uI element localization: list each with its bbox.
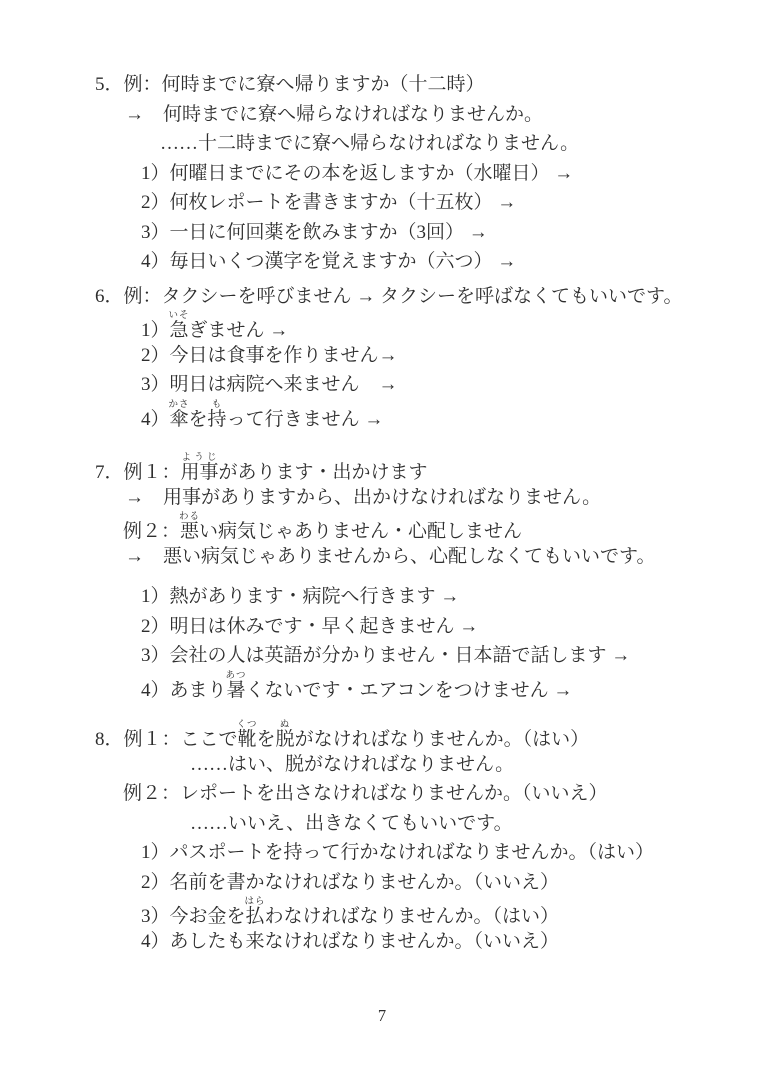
furigana-annotated-word: 払はら	[246, 906, 265, 927]
text-segment: 4）あまり	[141, 680, 227, 701]
text-line-item: 4）傘かさを持もって行きません →	[141, 400, 682, 430]
text-line-item: 3）今お金を払はらわなければなりませんか。（はい）	[141, 897, 682, 927]
text-segment: 3）一日に何回薬を飲みますか（3回） →	[141, 222, 488, 243]
text-segment: 1）	[141, 320, 170, 341]
furigana-annotated-word: 用事ようじ	[181, 462, 219, 483]
text-segment: 8．例１：ここで	[95, 729, 238, 750]
text-segment: → 何時までに寮へ帰らなければなりませんか。	[125, 104, 543, 125]
document-page: 5．例：何時までに寮へ帰りますか（十二時）→ 何時までに寮へ帰らなければなりませ…	[0, 0, 764, 1080]
text-segment: → 用事がありますから、出かけなければなりません。	[125, 487, 601, 508]
text-line-header: 7．例１：用事ようじがあります・出かけます	[95, 453, 682, 483]
text-segment: 2）何枚レポートを書きますか（十五枚） →	[141, 192, 516, 213]
furigana-annotated-word: 傘かさ	[170, 409, 189, 430]
text-line-answer5: ……十二時までに寮へ帰らなければなりません。	[160, 129, 682, 159]
text-segment: 4）毎日いくつ漢字を覚えますか（六つ） →	[141, 251, 516, 272]
text-segment: 2）名前を書かなければなりませんか。（いいえ）	[141, 872, 559, 893]
text-segment: 4）	[141, 409, 170, 430]
furigana-annotated-word: 靴くつ	[238, 729, 257, 750]
text-line-header: 5．例：何時までに寮へ帰りますか（十二時）	[95, 70, 682, 100]
text-segment: があります・出かけます	[219, 462, 428, 483]
text-line-item: 1）熱があります・病院へ行きます →	[141, 582, 682, 612]
furigana-annotated-word: 脱ぬ	[276, 729, 295, 750]
text-segment: 5．例：何時までに寮へ帰りますか（十二時）	[95, 74, 485, 95]
text-segment: ぎません →	[189, 320, 289, 341]
text-line-arrow: → 悪い病気じゃありませんから、心配しなくてもいいです。	[125, 542, 682, 572]
text-segment: を	[189, 409, 208, 430]
text-segment: 例２：	[123, 521, 180, 542]
text-segment: 7．例１：	[95, 462, 181, 483]
text-line-example: 例２：悪わるい病気じゃありません・心配しません	[123, 512, 682, 542]
text-segment: 2）今日は食事を作りません→	[141, 345, 398, 366]
page-number: 7	[0, 1006, 764, 1026]
text-segment: わなければなりませんか。（はい）	[265, 906, 560, 927]
text-segment: 1）パスポートを持って行かなければなりませんか。（はい）	[141, 842, 654, 863]
text-segment: い病気じゃありません・心配しません	[199, 521, 522, 542]
exercise-section-6: 6．例：タクシーを呼びません → タクシーを呼ばなくてもいいです。1）急いそぎま…	[95, 282, 682, 430]
furigana-annotated-word: 悪わる	[180, 521, 199, 542]
text-segment: → 悪い病気じゃありませんから、心配しなくてもいいです。	[125, 546, 655, 567]
text-segment: を	[257, 729, 276, 750]
text-line-item: 3）一日に何回薬を飲みますか（3回） →	[141, 218, 682, 248]
text-segment: ……はい、脱がなければなりません。	[190, 754, 514, 775]
text-segment: 3）今お金を	[141, 906, 246, 927]
exercise-section-5: 5．例：何時までに寮へ帰りますか（十二時）→ 何時までに寮へ帰らなければなりませ…	[95, 70, 682, 277]
text-segment: 4）あしたも来なければなりませんか。（いいえ）	[141, 931, 559, 952]
text-line-item: 1）パスポートを持って行かなければなりませんか。（はい）	[141, 838, 682, 868]
text-segment: がなければなりませんか。（はい）	[295, 729, 590, 750]
furigana-annotated-word: 持も	[208, 409, 227, 430]
text-segment: 6．例：タクシーを呼びません → タクシーを呼ばなくてもいいです。	[95, 286, 682, 307]
text-line-item: 3）明日は病院へ来ません →	[141, 370, 682, 400]
text-line-item: 1）何曜日までにその本を返しますか（水曜日） →	[141, 159, 682, 189]
exercise-section-8: 8．例１：ここで靴くつを脱ぬがなければなりませんか。（はい）……はい、脱がなけれ…	[95, 720, 682, 956]
exercise-section-7: 7．例１：用事ようじがあります・出かけます→ 用事がありますから、出かけなければ…	[95, 453, 682, 700]
text-line-item: 3）会社の人は英語が分かりません・日本語で話します →	[141, 641, 682, 671]
text-segment: ……いいえ、出きなくてもいいです。	[190, 813, 513, 834]
text-segment: 1）熱があります・病院へ行きます →	[141, 586, 459, 607]
furigana-annotated-word: 急いそ	[170, 320, 189, 341]
text-line-item: 2）今日は食事を作りません→	[141, 341, 682, 371]
text-segment: って行きません →	[227, 409, 384, 430]
text-segment: 3）明日は病院へ来ません →	[141, 374, 398, 395]
text-line-example: 例２：レポートを出さなければなりませんか。（いいえ）	[123, 779, 682, 809]
text-line-item: 1）急いそぎません →	[141, 311, 682, 341]
text-line-header: 6．例：タクシーを呼びません → タクシーを呼ばなくてもいいです。	[95, 282, 682, 312]
text-line-answer8: ……いいえ、出きなくてもいいです。	[190, 809, 682, 839]
text-line-item: 2）名前を書かなければなりませんか。（いいえ）	[141, 868, 682, 898]
text-segment: ……十二時までに寮へ帰らなければなりません。	[160, 133, 579, 154]
text-segment: くないです・エアコンをつけません →	[246, 680, 573, 701]
text-line-item: 4）あしたも来なければなりませんか。（いいえ）	[141, 927, 682, 957]
text-segment: 2）明日は休みです・早く起きません →	[141, 616, 478, 637]
text-segment: 例２：レポートを出さなければなりませんか。（いいえ）	[123, 783, 608, 804]
text-line-item: 4）あまり暑あつくないです・エアコンをつけません →	[141, 671, 682, 701]
text-line-answer8: ……はい、脱がなければなりません。	[190, 750, 682, 780]
text-line-item: 4）毎日いくつ漢字を覚えますか（六つ） →	[141, 247, 682, 277]
text-line-header: 8．例１：ここで靴くつを脱ぬがなければなりませんか。（はい）	[95, 720, 682, 750]
text-segment: 3）会社の人は英語が分かりません・日本語で話します →	[141, 645, 630, 666]
text-line-item: 2）明日は休みです・早く起きません →	[141, 612, 682, 642]
furigana-annotated-word: 暑あつ	[227, 680, 246, 701]
text-line-item: 2）何枚レポートを書きますか（十五枚） →	[141, 188, 682, 218]
text-segment: 1）何曜日までにその本を返しますか（水曜日） →	[141, 163, 573, 184]
text-line-arrow: → 何時までに寮へ帰らなければなりませんか。	[125, 100, 682, 130]
worksheet-content: 5．例：何時までに寮へ帰りますか（十二時）→ 何時までに寮へ帰らなければなりませ…	[95, 70, 682, 956]
text-line-arrow: → 用事がありますから、出かけなければなりません。	[125, 483, 682, 513]
